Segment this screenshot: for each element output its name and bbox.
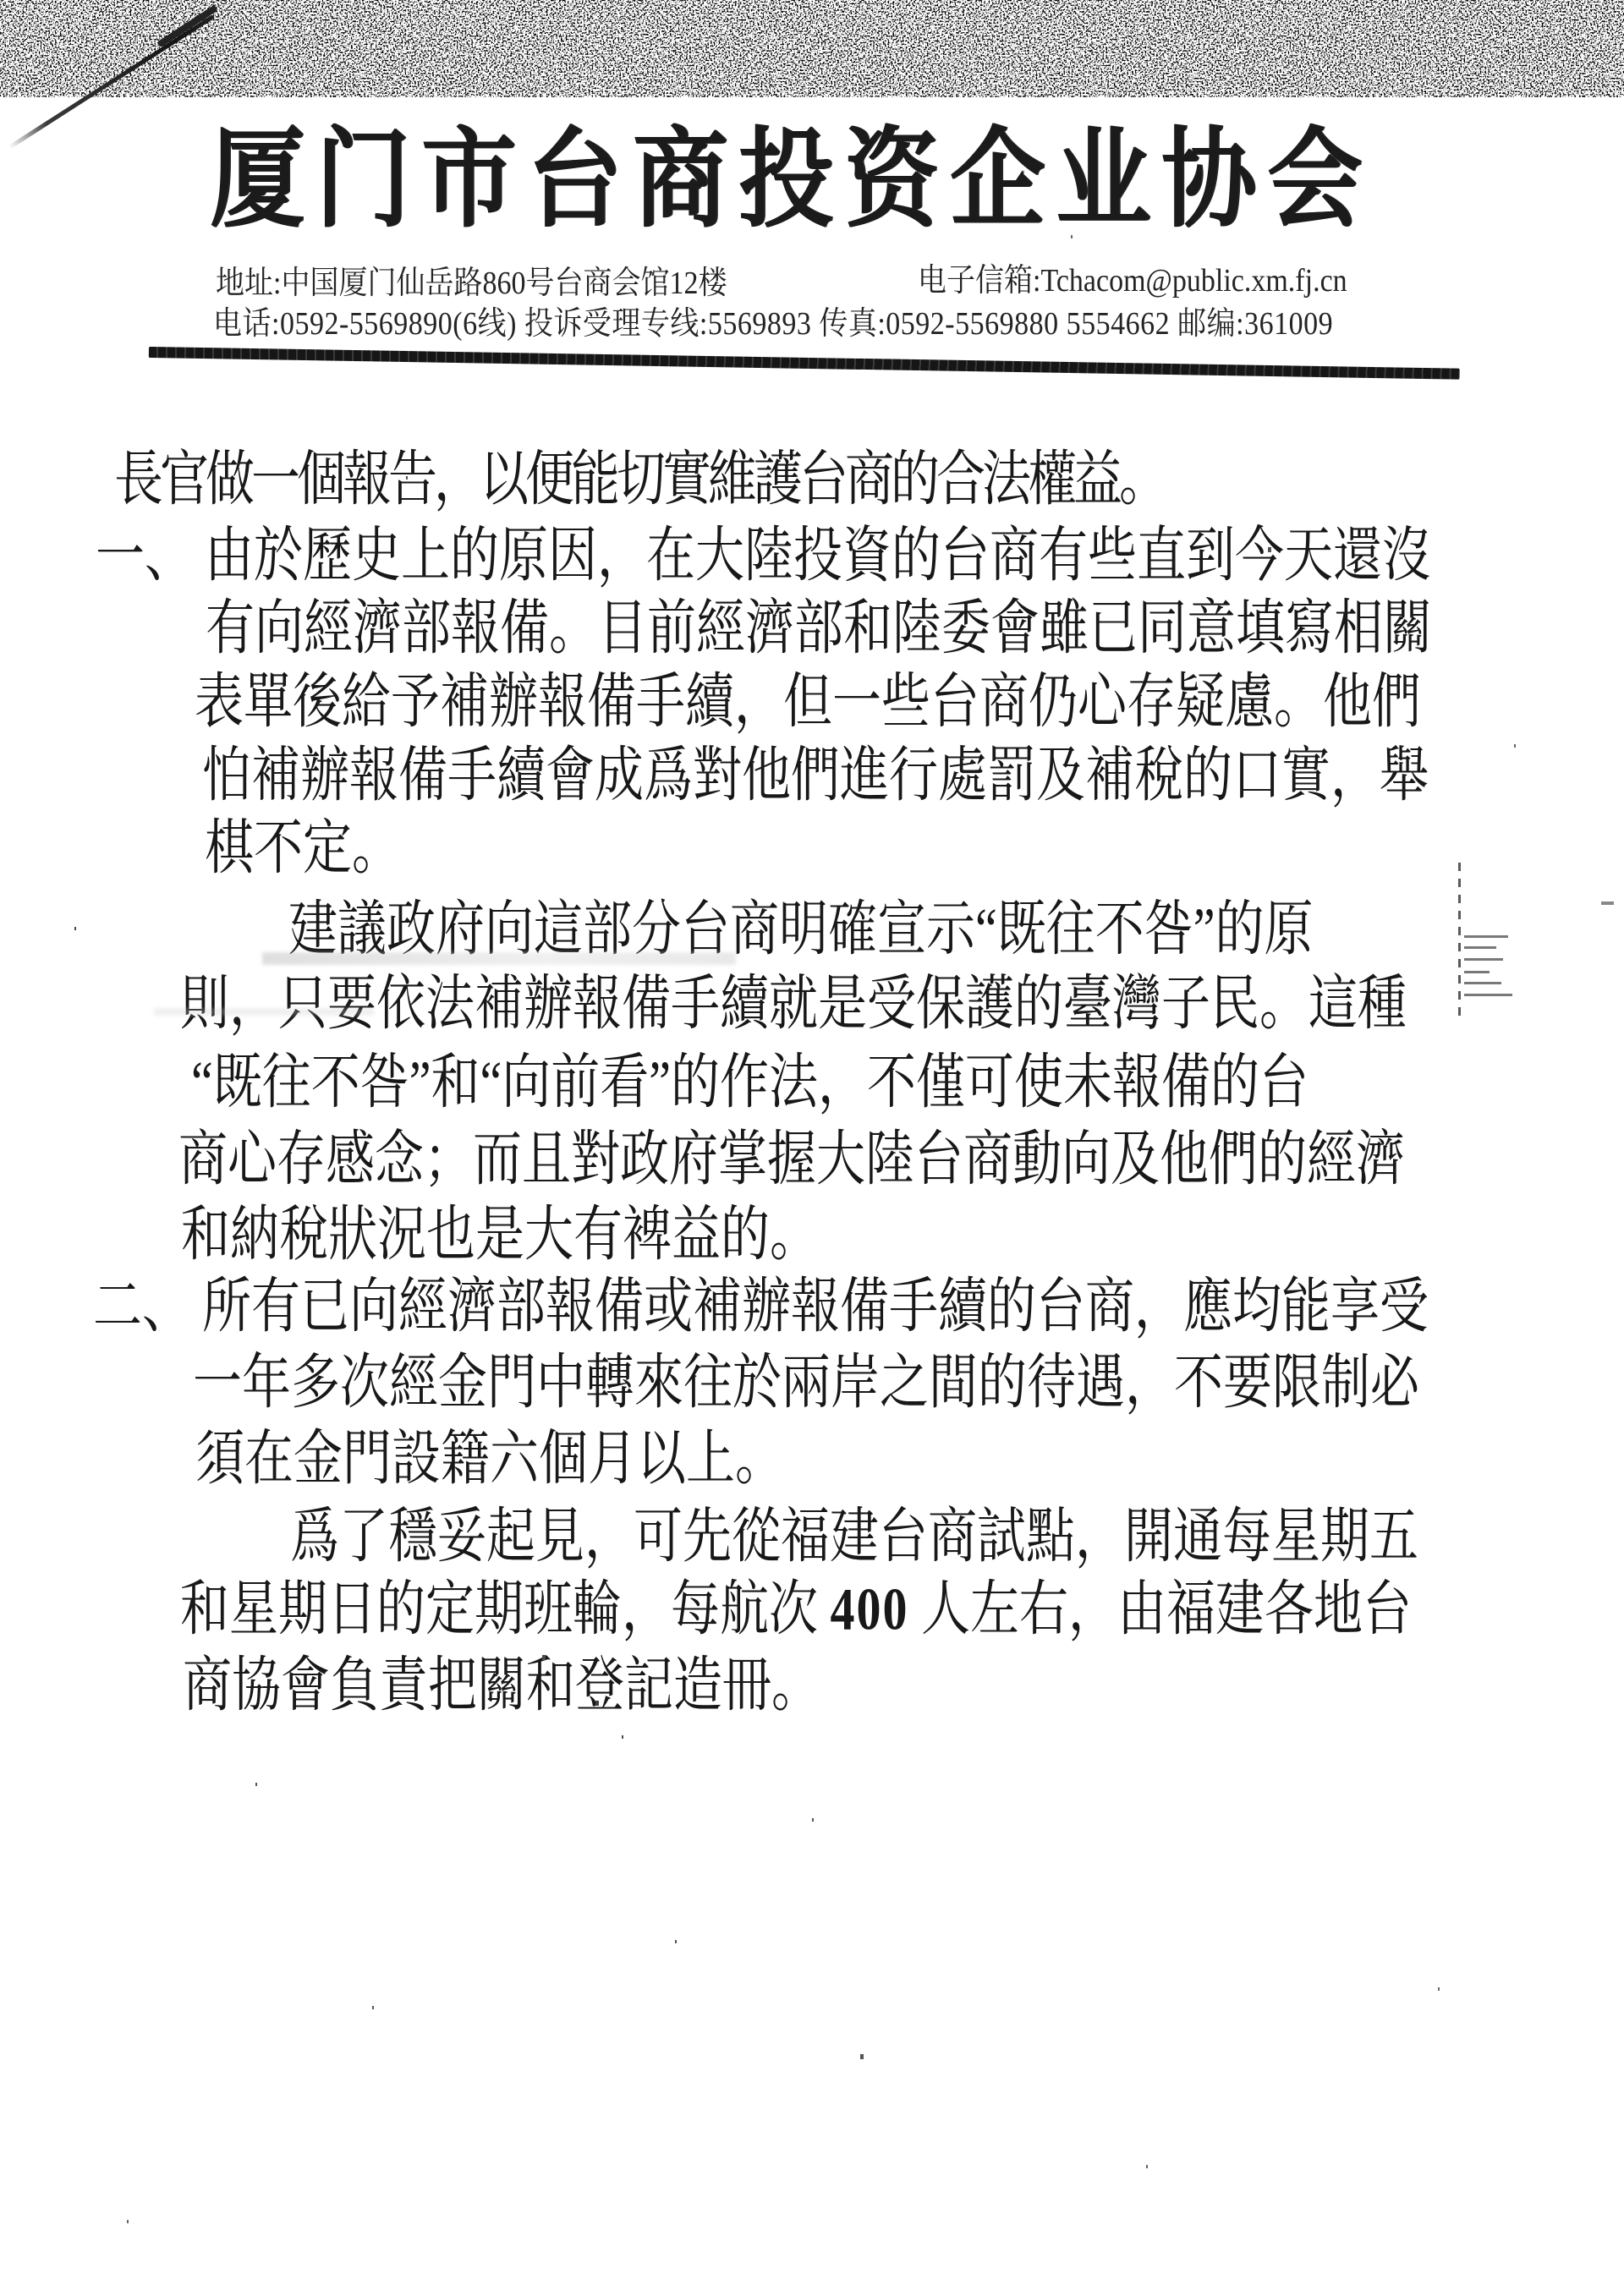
text-line: 二、所有已向經濟部報備或補辦報備手續的台商，應均能享受 [93,1277,1429,1337]
address-line: 地址:中国厦门仙岳路860号台商会馆12楼 [216,268,727,300]
text-line: “既往不咎”和“向前看”的作法，不僅可使未報備的台 [191,1053,1309,1113]
fax-smudge [262,952,736,965]
text-line: 一年多次經金門中轉來往於兩岸之間的待遇，不要限制必 [193,1353,1419,1413]
text-line-content: 由於歷史上的原因，在大陸投資的台商有些直到今天還沒 [205,522,1431,589]
text-line: 爲了穩妥起見，可先從福建台商試點，開通每星期五 [290,1507,1418,1567]
fax-noise-dash [1464,982,1501,984]
fax-noise-dash [1464,946,1496,949]
text-line: 棋不定。 [205,819,401,879]
text-line: 表單後給予補辦報備手續，但一些台商仍心存疑慮。他們 [195,672,1421,732]
fax-smudge [154,1008,374,1016]
text-line: 須在金門設籍六個月以上。 [195,1429,784,1489]
text-line: 商心存感念；而且對政府掌握大陸台商動向及他們的經濟 [178,1130,1405,1190]
fax-noise-column [1458,863,1461,1019]
email-line: 电子信箱:Tchacom@public.xm.fj.cn [918,266,1347,298]
fax-noise-dash [1464,994,1512,996]
text-line: 建議政府向這部分台商明確宣示“既往不咎”的原 [288,900,1314,960]
edge-noise-tick [1601,901,1614,905]
text-line-content: 人左右，由福建各地台 [909,1575,1413,1642]
list-marker: 二、 [93,1273,191,1340]
text-line: 有向經濟部報備。目前經濟部和陸委會雖已同意填寫相關 [206,599,1432,659]
scan-noise-band [0,0,1624,97]
text-line-content: 所有已向經濟部報備或補辦報備手續的台商，應均能享受 [202,1273,1429,1340]
text-line: 和星期日的定期班輪，每航次 400 人左右，由福建各地台 [180,1580,1412,1640]
fax-noise-dash [1464,971,1490,973]
text-line: 則，只要依法補辦報備手續就是受保護的臺灣子民。這種 [180,974,1407,1034]
text-line: 和納稅狀況也是大有裨益的。 [181,1205,819,1265]
scanned-letter-page: 厦门市台商投资企业协会 地址:中国厦门仙岳路860号台商会馆12楼 电子信箱:T… [0,0,1624,2296]
text-line: 商協會負責把關和登記造冊。 [183,1656,820,1716]
fax-noise-dash [1464,958,1503,961]
passenger-count: 400 [831,1575,909,1642]
scan-speckles [74,927,76,930]
text-line: 怕補辦報備手續會成爲對他們進行處罰及補稅的口實，舉 [202,746,1429,806]
text-line: 長官做一個報告，以便能切實維護台商的合法權益。 [114,450,1165,510]
text-line: 一、由於歷史上的原因，在大陸投資的台商有些直到今天還沒 [96,526,1431,586]
list-marker: 一、 [96,522,194,589]
letterhead-divider-rule [149,347,1460,380]
phone-fax-line: 电话:0592-5569890(6线) 投诉受理专线:5569893 传真:05… [213,309,1333,341]
text-line-content: 和星期日的定期班輪，每航次 [180,1575,831,1642]
fax-noise-dash [1464,935,1508,938]
organization-title: 厦门市台商投资企业协会 [210,127,1373,235]
